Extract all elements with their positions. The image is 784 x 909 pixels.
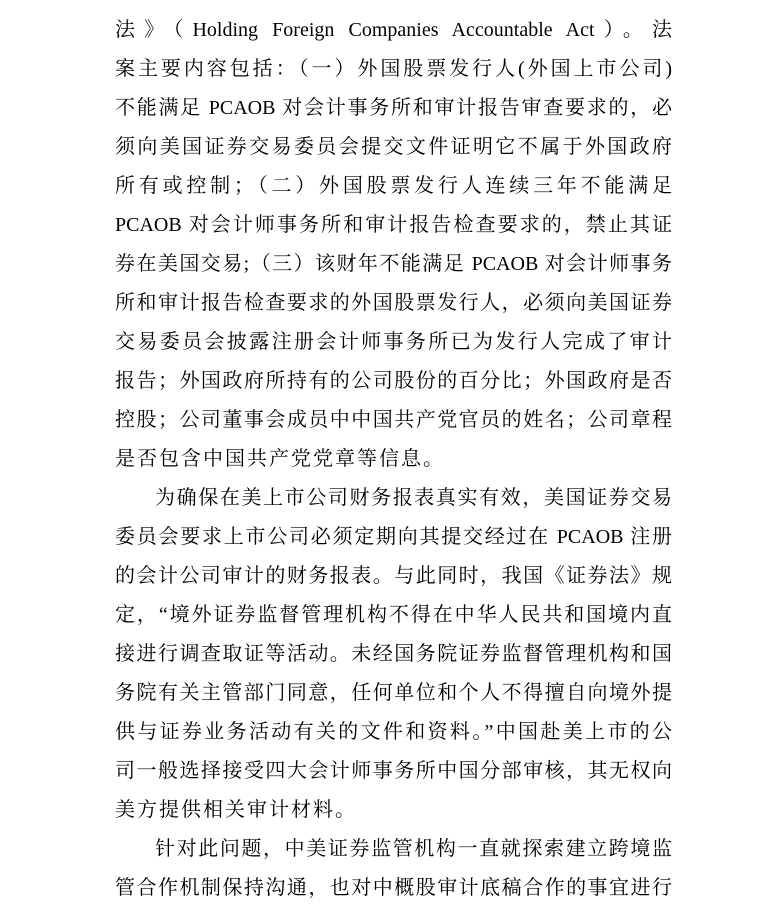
- text-line: 交易委员会披露注册会计师事务所已为发行人完成了审计: [115, 323, 672, 362]
- text-line: 法》（Holding Foreign Companies Accountable…: [115, 11, 672, 50]
- text-line: 须向美国证券交易委员会提交文件证明它不属于外国政府: [115, 128, 672, 167]
- document-text-block: 法》（Holding Foreign Companies Accountable…: [115, 11, 672, 908]
- text-line: 所和审计报告检查要求的外国股票发行人，必须向美国证券: [115, 284, 672, 323]
- paragraph: 针对此问题，中美证券监管机构一直就探索建立跨境监管合作机制保持沟通，也对中概股审…: [115, 830, 672, 908]
- text-line: 的会计公司审计的财务报表。与此同时，我国《证券法》规: [115, 557, 672, 596]
- text-line: 控股；公司董事会成员中中国共产党官员的姓名；公司章程: [115, 401, 672, 440]
- text-line: 美方提供相关审计材料。: [115, 791, 672, 830]
- text-line: 定，“境外证券监督管理机构不得在中华人民共和国境内直: [115, 596, 672, 635]
- text-line: 案主要内容包括：（一）外国股票发行人(外国上市公司): [115, 50, 672, 89]
- document-page: 法》（Holding Foreign Companies Accountable…: [0, 0, 784, 909]
- text-line: 不能满足 PCAOB 对会计事务所和审计报告审查要求的，必: [115, 89, 672, 128]
- text-line: 司一般选择接受四大会计师事务所中国分部审核，其无权向: [115, 752, 672, 791]
- paragraph: 法》（Holding Foreign Companies Accountable…: [115, 11, 672, 479]
- text-line: 务院有关主管部门同意，任何单位和个人不得擅自向境外提: [115, 674, 672, 713]
- text-line: 所有或控制；（二）外国股票发行人连续三年不能满足: [115, 167, 672, 206]
- text-line: 委员会要求上市公司必须定期向其提交经过在 PCAOB 注册: [115, 518, 672, 557]
- text-line: 供与证券业务活动有关的文件和资料。”中国赴美上市的公: [115, 713, 672, 752]
- text-line: 接进行调查取证等活动。未经国务院证券监督管理机构和国: [115, 635, 672, 674]
- text-line: PCAOB 对会计师事务所和审计报告检查要求的，禁止其证: [115, 206, 672, 245]
- paragraph: 为确保在美上市公司财务报表真实有效，美国证券交易委员会要求上市公司必须定期向其提…: [115, 479, 672, 830]
- text-line: 券在美国交易;（三）该财年不能满足 PCAOB 对会计师事务: [115, 245, 672, 284]
- text-line: 报告；外国政府所持有的公司股份的百分比；外国政府是否: [115, 362, 672, 401]
- text-line: 管合作机制保持沟通，也对中概股审计底稿合作的事宜进行: [115, 869, 672, 908]
- text-line: 是否包含中国共产党党章等信息。: [115, 440, 672, 479]
- text-line: 为确保在美上市公司财务报表真实有效，美国证券交易: [115, 479, 672, 518]
- text-line: 针对此问题，中美证券监管机构一直就探索建立跨境监: [115, 830, 672, 869]
